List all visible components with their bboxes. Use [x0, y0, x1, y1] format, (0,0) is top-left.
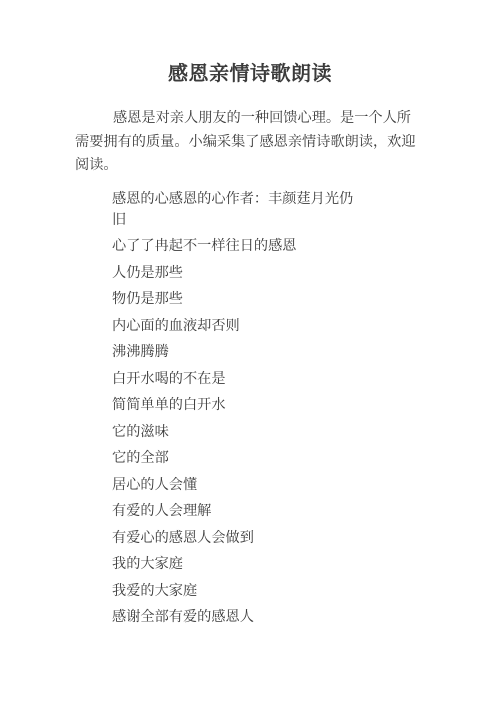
poem-line-5: 物仍是那些: [112, 288, 425, 310]
poem-line-13: 有爱的人会理解: [112, 500, 425, 522]
document-title: 感恩亲情诗歌朗读: [75, 0, 425, 88]
poem-block: 感恩的心感恩的心作者：丰颜莛月光仍 旧 心了了冉起不一样往日的感恩 人仍是那些 …: [75, 188, 425, 629]
intro-paragraph: 感恩是对亲人朋友的一种回馈心理。是一个人所 需要拥有的质量。小编采集了感恩亲情诗…: [75, 107, 425, 178]
poem-line-17: 感谢全部有爱的感恩人: [112, 606, 425, 628]
intro-line-1: 感恩是对亲人朋友的一种回馈心理。是一个人所: [75, 107, 425, 131]
poem-line-14: 有爱心的感恩人会做到: [112, 527, 425, 549]
intro-line-2: 需要拥有的质量。小编采集了感恩亲情诗歌朗读，欢迎: [75, 131, 425, 155]
intro-line-3: 阅读。: [75, 154, 425, 178]
poem-line-3: 心了了冉起不一样往日的感恩: [112, 235, 425, 257]
poem-line-16: 我爱的大家庭: [112, 580, 425, 602]
poem-line-9: 简简单单的白开水: [112, 394, 425, 416]
poem-line-10: 它的滋味: [112, 421, 425, 443]
poem-line-7: 沸沸腾腾: [112, 341, 425, 363]
poem-line-4: 人仍是那些: [112, 262, 425, 284]
poem-line-8: 白开水喝的不在是: [112, 368, 425, 390]
document-page: 感恩亲情诗歌朗读 感恩是对亲人朋友的一种回馈心理。是一个人所 需要拥有的质量。小…: [0, 0, 500, 708]
poem-line-12: 居心的人会懂: [112, 474, 425, 496]
poem-line-11: 它的全部: [112, 447, 425, 469]
poem-line-15: 我的大家庭: [112, 553, 425, 575]
poem-line-1: 感恩的心感恩的心作者：丰颜莛月光仍: [112, 188, 425, 210]
poem-line-6: 内心面的血液却否则: [112, 315, 425, 337]
poem-line-2: 旧: [112, 209, 425, 231]
